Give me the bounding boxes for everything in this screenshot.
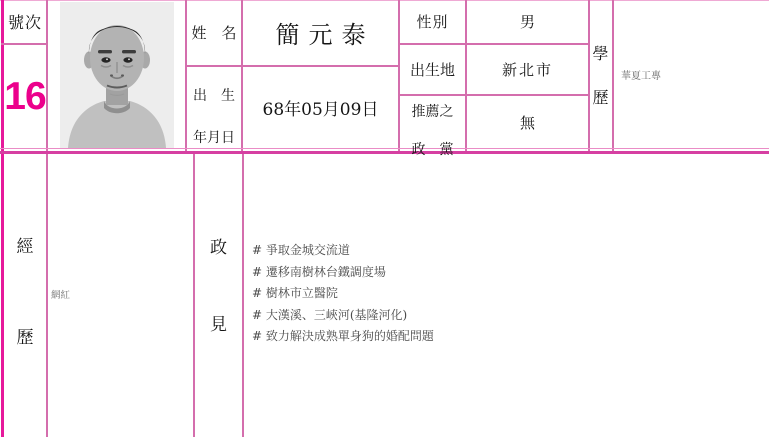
education-label: 學 歷 [589, 0, 612, 148]
experience-label-char: 歷 [17, 323, 34, 348]
candidate-number: 16 [4, 45, 46, 148]
experience-label: 經 歷 [4, 154, 46, 437]
birth-date-value: 68年05月09日 [243, 66, 398, 148]
election-bulletin-candidate-card: 號次 16 [0, 0, 769, 437]
platform-list: # 爭取金城交流道 # 遷移南樹林台鐵調度場 # 樹林市立醫院 # 大漢溪、三峽… [244, 151, 769, 437]
education-label-char: 歷 [592, 85, 608, 108]
platform-item: # 樹林市立醫院 [252, 283, 338, 305]
candidate-name: 簡元泰 [243, 0, 398, 65]
birth-date-label-line1: 出 生 [193, 88, 235, 104]
platform-label: 政 見 [195, 154, 242, 437]
party-value: 無 [467, 96, 588, 148]
platform-item: # 爭取金城交流道 [252, 240, 350, 262]
party-label: 推薦之 政 黨 [400, 96, 465, 148]
birth-date-label-line2: 年月日 [193, 130, 235, 146]
candidate-photo [60, 2, 174, 148]
gender-value: 男 [467, 0, 588, 43]
party-label-line1: 推薦之 [412, 104, 454, 120]
name-label: 姓 名 [187, 0, 241, 65]
experience-label-char: 經 [17, 232, 34, 257]
birth-date-label: 出 生 年月日 [187, 66, 241, 148]
platform-item: # 致力解決成熟單身狗的婚配問題 [252, 326, 434, 348]
gender-label: 性別 [400, 0, 465, 43]
experience-value: 網紅 [48, 151, 193, 437]
platform-item: # 遷移南樹林台鐵調度場 [252, 262, 386, 284]
education-value: 華夏工專 [614, 0, 769, 148]
number-label: 號次 [4, 0, 46, 43]
birthplace-value: 新北市 [467, 45, 588, 94]
platform-label-char: 見 [210, 310, 227, 335]
education-label-char: 學 [592, 41, 608, 64]
portrait-illustration [60, 2, 174, 148]
platform-item: # 大漢溪、三峽河(基隆河化) [252, 305, 407, 327]
platform-label-char: 政 [210, 233, 227, 258]
section-divider-line [0, 148, 769, 149]
